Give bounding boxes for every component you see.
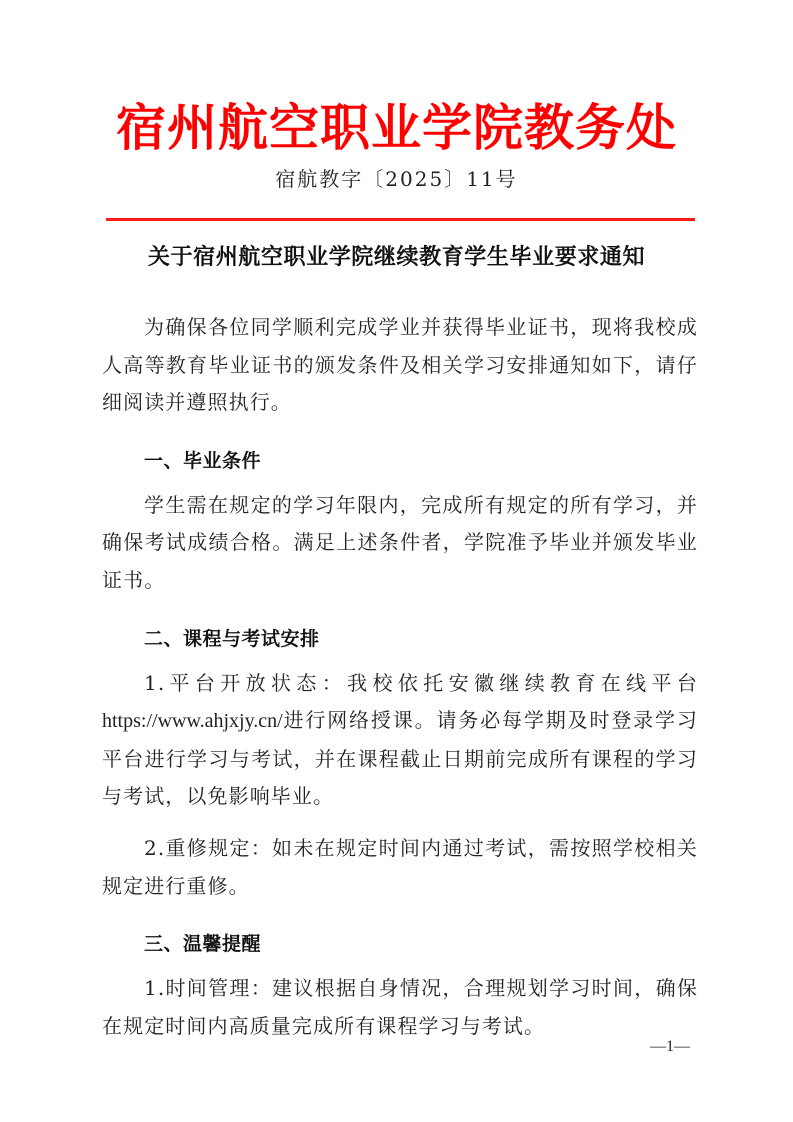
time-management-paragraph: 1.时间管理：建议根据自身情况，合理规划学习时间，确保在规定时间内高质量完成所有… (102, 970, 698, 1045)
spacer (102, 816, 698, 830)
notice-body: 为确保各位同学顺利完成学业并获得毕业证书，现将我校成人高等教育毕业证书的颁发条件… (102, 309, 698, 1045)
section-heading-courses-exams: 二、课程与考试安排 (102, 614, 698, 665)
platform-status-prefix: 1.平台开放状态：我校依托安徽继续教育在线平台 (144, 671, 698, 695)
section-heading-graduation-conditions: 一、毕业条件 (102, 436, 698, 487)
red-header-rule (106, 218, 695, 221)
platform-url-link[interactable]: https://www.ahjxjy.cn/ (102, 710, 283, 732)
platform-status-paragraph: 1.平台开放状态：我校依托安徽继续教育在线平台https://www.ahjxj… (102, 665, 698, 816)
spacer (102, 905, 698, 919)
issuing-office-title: 宿州航空职业学院教务处 (0, 96, 793, 160)
intro-paragraph: 为确保各位同学顺利完成学业并获得毕业证书，现将我校成人高等教育毕业证书的颁发条件… (102, 309, 698, 422)
spacer (102, 422, 698, 436)
document-page: 宿州航空职业学院教务处 宿航教字〔2025〕11号 关于宿州航空职业学院继续教育… (0, 0, 793, 1122)
notice-title: 关于宿州航空职业学院继续教育学生毕业要求通知 (0, 240, 793, 276)
graduation-conditions-paragraph: 学生需在规定的学习年限内，完成所有规定的所有学习，并确保考试成绩合格。满足上述条… (102, 487, 698, 600)
section-heading-reminders: 三、温馨提醒 (102, 919, 698, 970)
retake-rules-paragraph: 2.重修规定：如未在规定时间内通过考试，需按照学校相关规定进行重修。 (102, 830, 698, 905)
document-number: 宿航教字〔2025〕11号 (0, 166, 793, 192)
page-number: —1— (640, 1038, 700, 1056)
spacer (102, 600, 698, 614)
